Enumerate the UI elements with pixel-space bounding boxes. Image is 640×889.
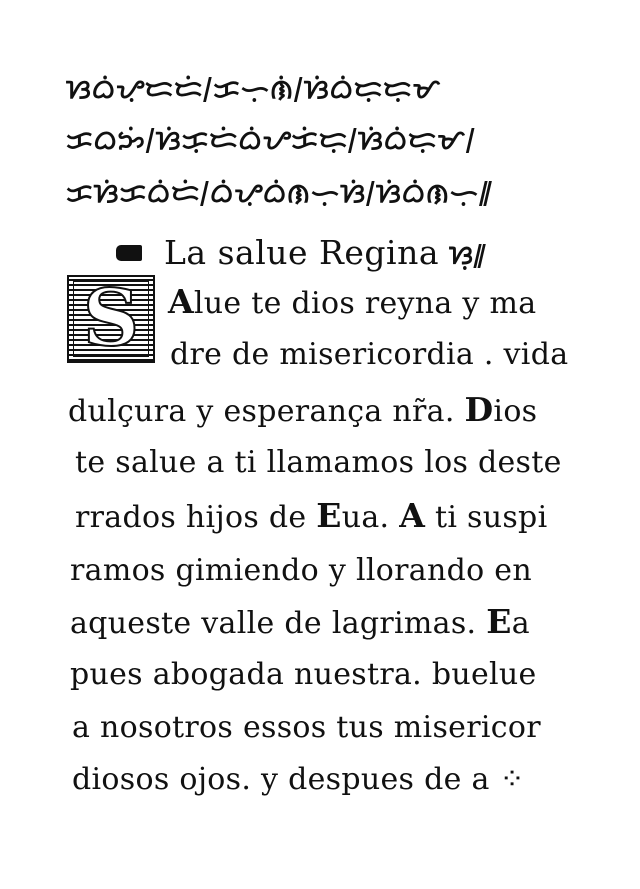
line-text: dulçura y esperança nr̃a. — [68, 394, 465, 429]
body-line-6: ramos gimiendo y llorando en — [70, 549, 532, 593]
section-title: La salue Reginaᜐᜓ᜶ — [116, 230, 487, 276]
book-page: ᜐᜊᜒᜌᜓᜇᜇᜒ᜵ᜃᜑᜓᜈᜒ᜵ᜐᜒᜊᜒᜇᜓᜇᜓᜋ ᜃᜊᜅᜒ᜵ᜐᜒᜃᜓᜇᜒᜊᜒᜌᜃ… — [0, 0, 640, 889]
line-tail: ti suspi — [425, 500, 547, 535]
body-line-1: Alue te dios reyna y ma — [168, 280, 536, 324]
body-line-9: a nosotros essos tus misericor — [72, 706, 541, 750]
line-text: dre de misericordia . vida — [170, 337, 568, 372]
line-text: pues abogada nuestra. buelue — [70, 657, 537, 692]
flourish-ornament: ᜐᜓ᜶ — [449, 241, 487, 271]
line-cap: A — [399, 496, 425, 535]
body-line-3: dulçura y esperança nr̃a. Dios — [68, 388, 537, 432]
body-line-10: diosos ojos. y despues de a ⁘ — [72, 758, 525, 802]
line-text: lue te dios reyna y ma — [194, 286, 537, 321]
body-line-5: rrados hijos de Eua. A ti suspi — [75, 494, 547, 538]
line-tail: a — [512, 606, 530, 641]
line-text: a nosotros essos tus misericor — [72, 710, 541, 745]
baybayin-line-3: ᜃᜐᜒᜃᜊᜒᜇᜒ᜵ᜊᜒᜌᜓᜊᜒᜈᜑᜓᜐᜒ᜵ᜐᜒᜊᜒᜈᜑᜓ᜶ — [66, 176, 586, 212]
line-text: diosos ojos. y despues de a ⁘ — [72, 762, 525, 797]
line-cap: E — [486, 602, 511, 641]
line-cap: D — [465, 390, 494, 429]
decorated-initial: S — [67, 275, 155, 363]
body-line-7: aqueste valle de lagrimas. Ea — [70, 600, 530, 644]
initial-letter: S — [69, 277, 153, 361]
line-cap: E — [316, 496, 341, 535]
line-mid: ua. — [342, 500, 399, 535]
body-line-4: te salue a ti llamamos los deste — [75, 441, 562, 485]
line-text: rrados hijos de — [75, 500, 316, 535]
line-text: aqueste valle de lagrimas. — [70, 606, 486, 641]
line-text: te salue a ti llamamos los deste — [75, 445, 562, 480]
baybayin-line-1: ᜐᜊᜒᜌᜓᜇᜇᜒ᜵ᜃᜑᜓᜈᜒ᜵ᜐᜒᜊᜒᜇᜓᜇᜓᜋ — [66, 72, 586, 108]
line-cap: A — [168, 282, 194, 321]
line-tail: ios — [493, 394, 537, 429]
baybayin-line-2: ᜃᜊᜅᜒ᜵ᜐᜒᜃᜓᜇᜒᜊᜒᜌᜃᜒᜇᜓ᜵ᜐᜒᜊᜒᜇᜓᜋ᜵ — [66, 123, 586, 159]
title-text: La salue Regina — [164, 233, 439, 272]
body-line-2: dre de misericordia . vida — [170, 333, 568, 377]
line-text: ramos gimiendo y llorando en — [70, 553, 532, 588]
body-line-8: pues abogada nuestra. buelue — [70, 653, 537, 697]
pilcrow-icon — [116, 245, 142, 261]
